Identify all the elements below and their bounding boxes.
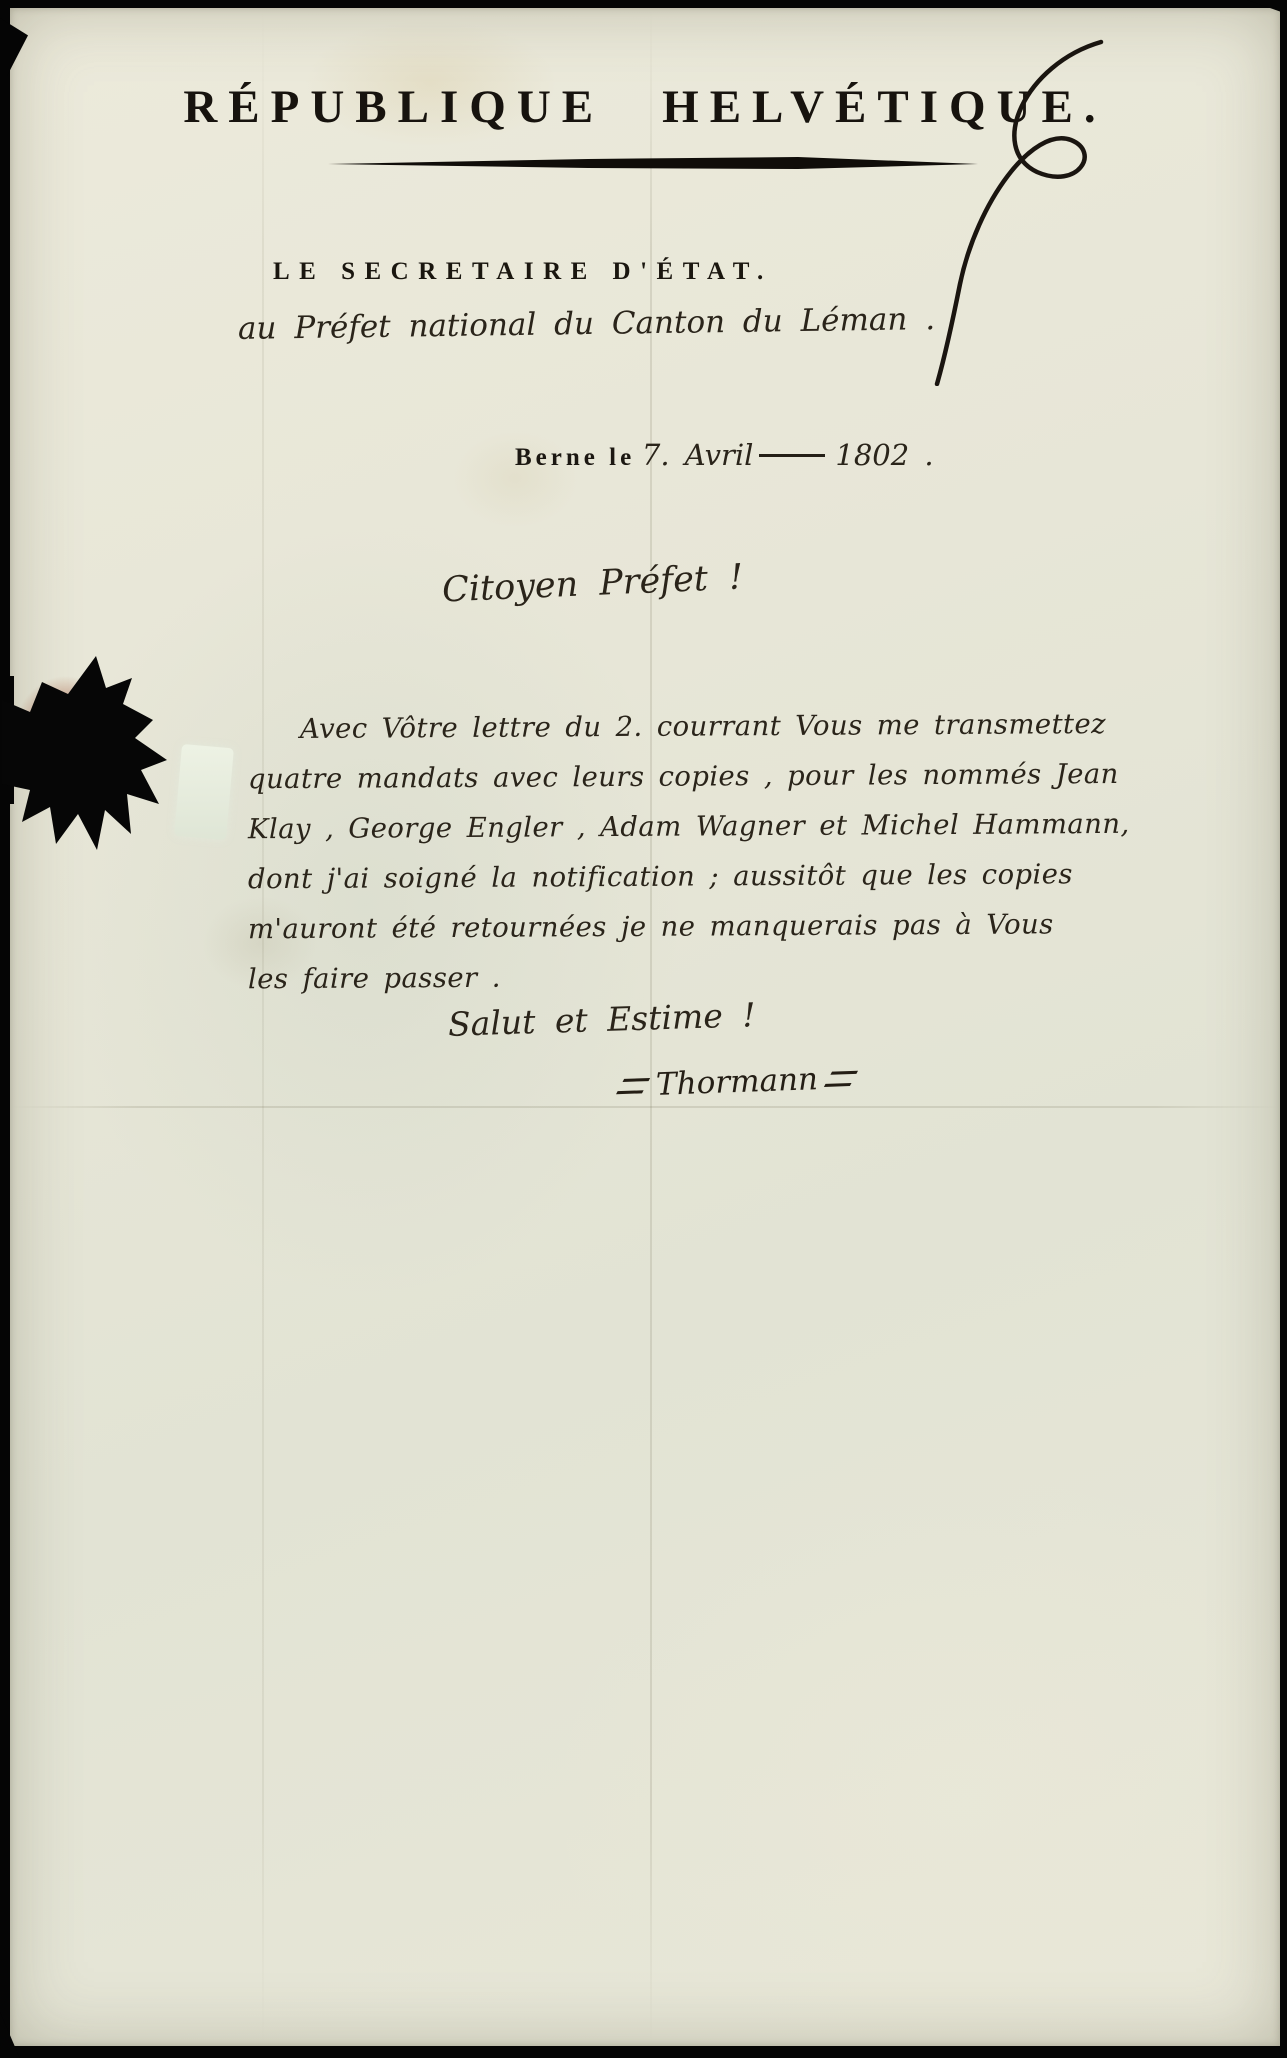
- letter-scan: RÉPUBLIQUEHELVÉTIQUE. LE SECRETAIRE D'ÉT…: [0, 0, 1287, 2058]
- horizontal-fold-crease: [10, 1106, 1280, 1108]
- body-line: Avec Vôtre lettre du 2. courrant Vous me…: [248, 700, 993, 755]
- letterhead-title-left: RÉPUBLIQUE: [183, 81, 604, 133]
- dateline-separator-stroke: [759, 454, 825, 457]
- paper-sheet: RÉPUBLIQUEHELVÉTIQUE. LE SECRETAIRE D'ÉT…: [10, 8, 1280, 2046]
- closing-line: Salut et Estime !: [447, 995, 756, 1044]
- body-paragraph: Avec Vôtre lettre du 2. courrant Vous me…: [248, 702, 993, 1002]
- letterhead-subtitle: LE SECRETAIRE D'ÉTAT.: [273, 258, 773, 286]
- dateline: Berne le 7. Avril1802 .: [515, 438, 934, 472]
- letterhead-rule: [328, 156, 978, 172]
- signature-block: Thormann: [619, 1060, 854, 1104]
- letterhead-title: RÉPUBLIQUEHELVÉTIQUE.: [10, 80, 1280, 134]
- signature-name: Thormann: [655, 1061, 818, 1103]
- body-line: dont j'ai soigné la notification ; aussi…: [248, 850, 993, 905]
- dateline-printed-prefix: Berne le: [515, 444, 635, 471]
- signature-flourish-right: [824, 1070, 858, 1086]
- letterhead-title-right: HELVÉTIQUE.: [662, 81, 1106, 133]
- body-line: les faire passer .: [248, 950, 993, 1005]
- salutation: Citoyen Préfet !: [441, 557, 744, 610]
- body-line: m'auront été retournées je ne manquerais…: [248, 900, 993, 955]
- recipient-line: au Préfet national du Canton du Léman .: [238, 301, 936, 347]
- body-line: Klay , George Engler , Adam Wagner et Mi…: [248, 800, 993, 855]
- signature-flourish-left: [616, 1078, 650, 1094]
- body-line: quatre mandats avec leurs copies , pour …: [248, 750, 993, 805]
- dateline-year: 1802 .: [835, 438, 933, 472]
- ink-hole: [0, 642, 200, 877]
- dateline-day-month: 7. Avril: [642, 438, 753, 472]
